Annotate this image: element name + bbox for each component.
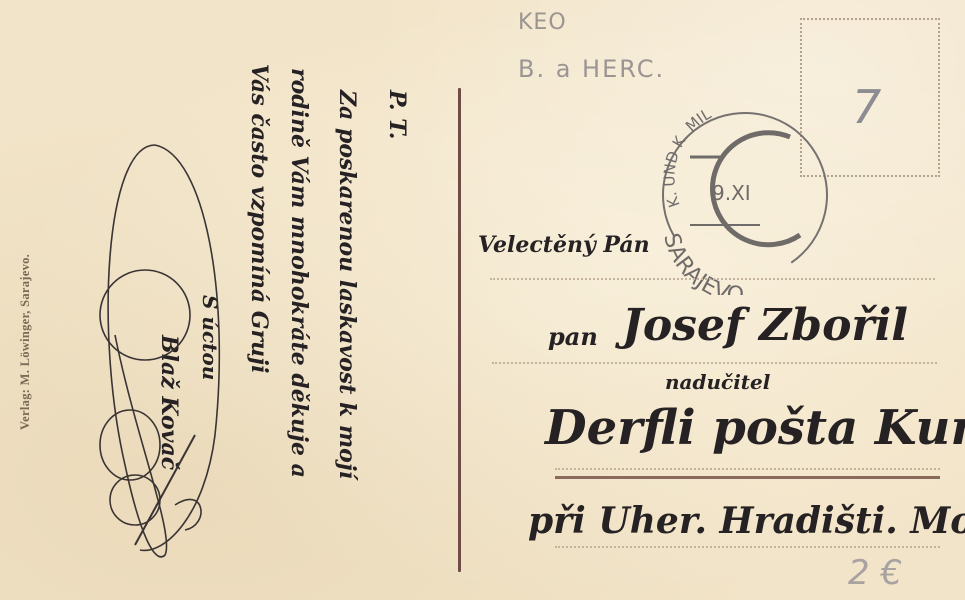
address-dotted-line-2	[492, 362, 937, 364]
postcard-back: Verlag: M. Löwinger, Sarajevo. KEO B. a …	[0, 0, 965, 600]
publisher-imprint: Verlag: M. Löwinger, Sarajevo.	[18, 254, 33, 430]
address-region-line: při Uher. Hradišti. Morava	[528, 500, 965, 542]
recipient-name: Josef Zbořil	[622, 300, 908, 351]
message-line-2: rodině Vám mnohokráte děkuje a	[286, 68, 312, 478]
signature-flourish	[95, 135, 235, 575]
postmark-stamp: K. UND K. MIL 9.XI SARAJEVO	[650, 85, 830, 295]
address-dotted-line-3	[555, 468, 940, 470]
address-line-prefix: pan	[548, 322, 598, 351]
pencil-note-ref-2: B. a HERC.	[518, 55, 665, 83]
address-salutation: Velectěný Pán	[478, 232, 650, 258]
recipient-title: nadučitel	[665, 370, 770, 394]
pencil-note-ref: KEO	[518, 10, 567, 35]
address-underline	[555, 476, 940, 479]
postmark-bottom-text: SARAJEVO	[658, 231, 745, 295]
postmark-date: 9.XI	[712, 181, 751, 205]
message-line-1: Za poskarenou laskavost k mojí	[334, 90, 360, 479]
center-divider-line	[458, 88, 461, 572]
pencil-price: 2 €	[848, 553, 902, 593]
address-dotted-line-1	[490, 278, 935, 280]
message-heading: P. T.	[384, 90, 410, 139]
address-town-line: Derfli pošta Kunovice	[545, 400, 965, 456]
address-dotted-line-4	[555, 546, 940, 548]
pencil-stamp-number: 7	[852, 80, 881, 134]
message-line-3: Vás často vzpomíná Gruji	[246, 64, 272, 373]
